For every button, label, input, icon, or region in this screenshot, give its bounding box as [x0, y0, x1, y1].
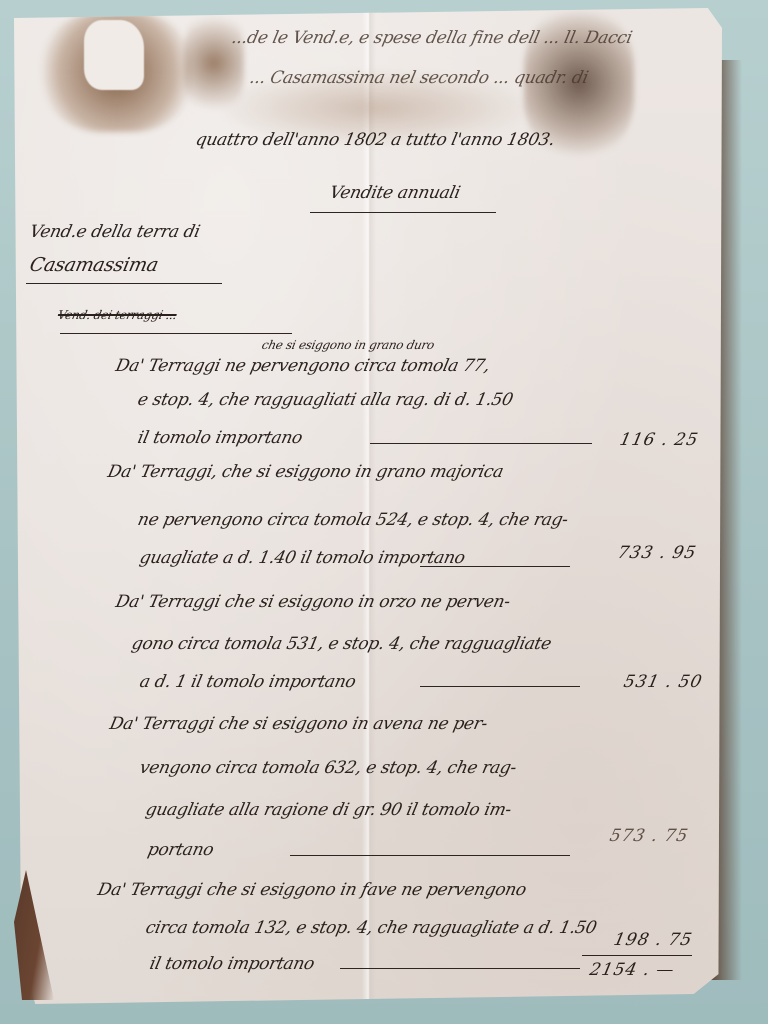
entry-1-line-1: Da' Terraggi ne pervengono circa tomola … — [114, 356, 492, 376]
entry-5-amount: 198 . 75 — [612, 930, 695, 950]
left-heading-underline — [26, 283, 222, 284]
header-line-3: quattro dell'anno 1802 a tutto l'anno 18… — [194, 130, 557, 150]
entry-1-line-2: e stop. 4, che ragguagliati alla rag. di… — [136, 390, 515, 410]
left-heading-line-1: Vend.e della terra di — [28, 222, 202, 242]
subheading-underline — [60, 333, 292, 334]
entry-1-superscript: che si esiggono in grano duro — [261, 338, 436, 352]
entry-3-amount: 531 . 50 — [622, 672, 705, 692]
entry-4-leader — [290, 855, 570, 856]
entry-2-line-2: ne pervengono circa tomola 524, e stop. … — [136, 510, 570, 530]
total-rule — [582, 955, 692, 956]
paper-tear — [84, 20, 144, 90]
entry-3-leader — [420, 686, 580, 687]
entry-4-line-3: guagliate alla ragione di gr. 90 il tomo… — [144, 800, 513, 820]
header-line-2: ... Casamassima nel secondo ... quadr. d… — [248, 68, 590, 88]
entry-2-line-3: guagliate a d. 1.40 il tomolo importano — [138, 548, 467, 568]
struck-subheading: Vend. dei terraggi ... — [57, 308, 179, 322]
grand-total: 2154 . — — [588, 960, 677, 980]
entry-1-amount: 116 . 25 — [618, 430, 701, 450]
entry-5-line-3: il tomolo importano — [148, 954, 316, 974]
entry-1-line-3: il tomolo importano — [136, 428, 304, 448]
entry-5-line-2: circa tomola 132, e stop. 4, che ragguag… — [144, 918, 598, 938]
entry-4-line-2: vengono circa tomola 632, e stop. 4, che… — [138, 758, 518, 778]
entry-3-line-3: a d. 1 il tomolo importano — [138, 672, 358, 692]
photo-background: ...de le Vend.e, e spese della fine dell… — [0, 0, 768, 1024]
entry-5-leader — [340, 968, 580, 969]
section-title: Vendite annuali — [328, 183, 462, 203]
entry-4-line-4: portano — [146, 840, 216, 860]
title-underline — [310, 212, 496, 213]
left-heading-line-2: Casamassima — [28, 254, 161, 276]
entry-3-line-2: gono circa tomola 531, e stop. 4, che ra… — [130, 634, 553, 654]
entry-5-line-1: Da' Terraggi che si esiggono in fave ne … — [96, 880, 528, 900]
entry-4-amount: 573 . 75 — [608, 826, 691, 846]
entry-4-line-1: Da' Terraggi che si esiggono in avena ne… — [108, 714, 489, 734]
entry-2-amount: 733 . 95 — [616, 543, 699, 563]
entry-1-leader — [370, 443, 592, 444]
header-line-1: ...de le Vend.e, e spese della fine dell… — [230, 28, 634, 48]
entry-3-line-1: Da' Terraggi che si esiggono in orzo ne … — [114, 592, 512, 612]
entry-2-line-1: Da' Terraggi, che si esiggono in grano m… — [106, 462, 505, 482]
entry-2-leader — [420, 566, 570, 567]
